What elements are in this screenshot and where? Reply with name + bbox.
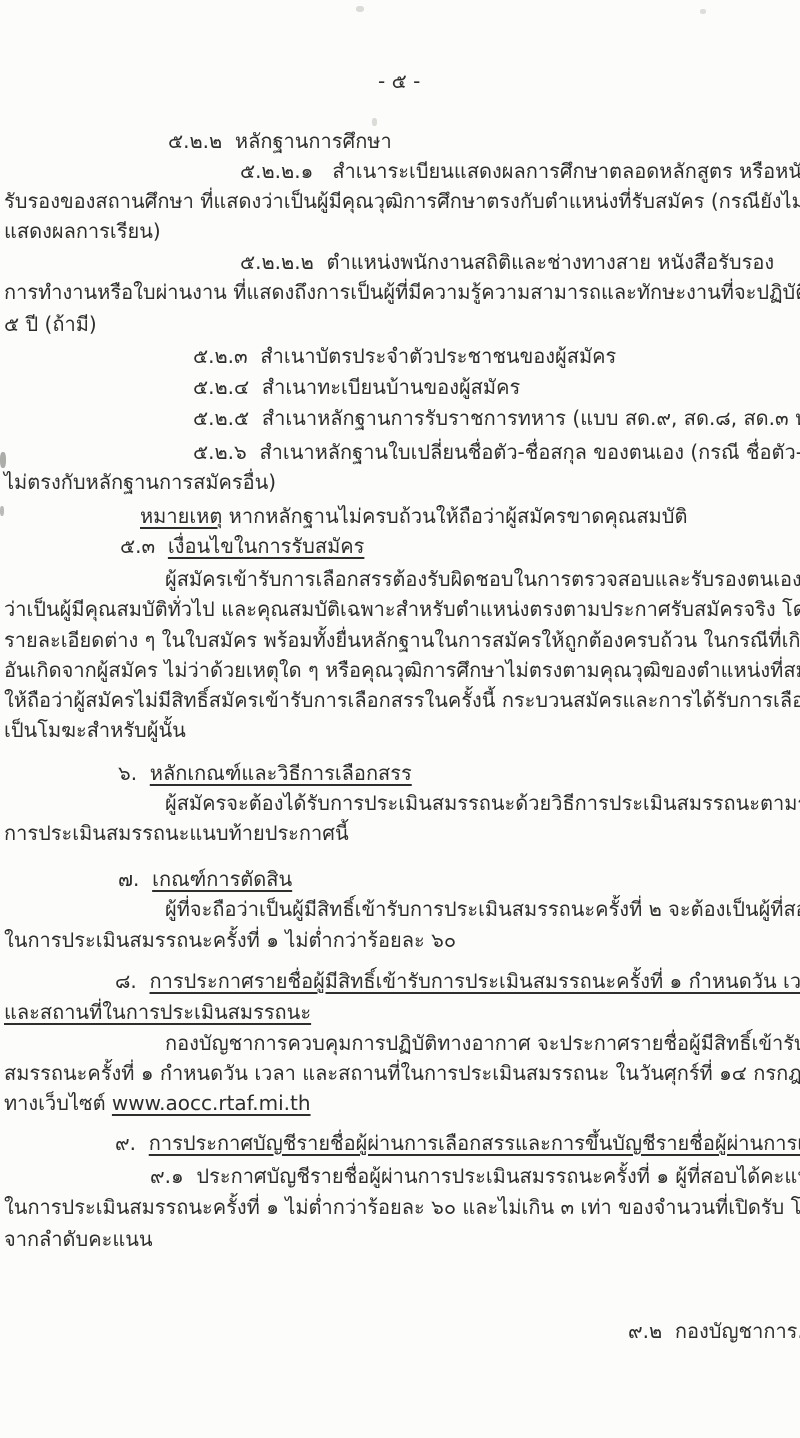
text-segment: อันเกิดจากผู้สมัคร ไม่ว่าด้วยเหตุใด ๆ หร… bbox=[4, 658, 800, 682]
text-line: รายละเอียดต่าง ๆ ในใบสมัคร พร้อมทั้งยื่น… bbox=[4, 627, 800, 653]
text-segment: ให้ถือว่าผู้สมัครไม่มีสิทธิ์สมัครเข้ารับ… bbox=[4, 688, 800, 712]
text-segment: จากลำดับคะแนน bbox=[4, 1227, 153, 1251]
text-segment: ๙.๑ ประกาศบัญชีรายชื่อผู้ผ่านการประเมินส… bbox=[150, 1164, 800, 1188]
heading-6: ๖. หลักเกณฑ์และวิธีการเลือกสรร bbox=[118, 760, 412, 786]
underlined-text: และสถานที่ในการประเมินสมรรถนะ bbox=[4, 1000, 311, 1024]
text-line: ๕ ปี (ถ้ามี) bbox=[4, 311, 97, 337]
text-segment: ๕.๒.๖ สำเนาหลักฐานใบเปลี่ยนชื่อตัว-ชื่อส… bbox=[193, 440, 800, 464]
text-segment: ๘. bbox=[115, 969, 150, 993]
text-segment: ๕.๒.๒.๒ ตำแหน่งพนักงานสถิติและช่างทางสาย… bbox=[240, 250, 774, 274]
text-line: อันเกิดจากผู้สมัคร ไม่ว่าด้วยเหตุใด ๆ หร… bbox=[4, 657, 800, 683]
text-line: ผู้ที่จะถือว่าเป็นผู้มีสิทธิ์เข้ารับการป… bbox=[165, 896, 800, 922]
scan-artifact bbox=[356, 6, 364, 12]
note-line: หมายเหตุ หากหลักฐานไม่ครบถ้วนให้ถือว่าผู… bbox=[140, 503, 687, 529]
text-segment: ๕.๒.๕ สำเนาหลักฐานการรับราชการทหาร (แบบ … bbox=[193, 406, 800, 430]
text-line: ว่าเป็นผู้มีคุณสมบัติทั่วไป และคุณสมบัติ… bbox=[4, 596, 800, 622]
text-segment: ๙. bbox=[115, 1131, 149, 1155]
text-segment: รายละเอียดต่าง ๆ ในใบสมัคร พร้อมทั้งยื่น… bbox=[4, 628, 800, 652]
text-segment: ๕.๓ bbox=[120, 534, 168, 558]
text-segment: เป็นโมฆะสำหรับผู้นั้น bbox=[4, 718, 186, 742]
text-line: ในการประเมินสมรรถนะครั้งที่ ๑ ไม่ต่ำกว่า… bbox=[4, 1194, 800, 1220]
text-line: ผู้สมัครจะต้องได้รับการประเมินสมรรถนะด้ว… bbox=[165, 790, 800, 816]
text-line: ๕.๒.๒.๑ สำเนาระเบียนแสดงผลการศึกษาตลอดหล… bbox=[240, 158, 800, 184]
text-segment: ผู้ที่จะถือว่าเป็นผู้มีสิทธิ์เข้ารับการป… bbox=[165, 897, 800, 921]
text-line: และสถานที่ในการประเมินสมรรถนะ bbox=[4, 999, 311, 1025]
underlined-text: เงื่อนไขในการรับสมัคร bbox=[168, 534, 364, 558]
underlined-text: การประกาศบัญชีรายชื่อผู้ผ่านการเลือกสรรแ… bbox=[149, 1131, 800, 1155]
underlined-text: หมายเหตุ bbox=[140, 504, 222, 528]
text-line: ๕.๒.๓ สำเนาบัตรประจำตัวประชาชนของผู้สมัค… bbox=[193, 343, 616, 369]
continuation-marker: ๙.๒ กองบัญชาการ... bbox=[628, 1318, 800, 1344]
text-segment: ๙.๒ กองบัญชาการ... bbox=[628, 1319, 800, 1343]
text-segment: ๕.๒.๒.๑ สำเนาระเบียนแสดงผลการศึกษาตลอดหล… bbox=[240, 159, 800, 183]
text-line: จากลำดับคะแนน bbox=[4, 1226, 153, 1252]
text-line: แสดงผลการเรียน) bbox=[4, 218, 161, 244]
document-page: - ๕ -๕.๒.๒ หลักฐานการศึกษา๕.๒.๒.๑ สำเนาร… bbox=[0, 0, 800, 1438]
heading-5-2-2: ๕.๒.๒ หลักฐานการศึกษา bbox=[168, 128, 392, 154]
text-line: ๕.๒.๖ สำเนาหลักฐานใบเปลี่ยนชื่อตัว-ชื่อส… bbox=[193, 439, 800, 465]
text-segment: ๗. bbox=[118, 867, 152, 891]
text-segment: กองบัญชาการควบคุมการปฏิบัติทางอากาศ จะปร… bbox=[165, 1031, 800, 1055]
text-segment: ๕.๒.๒ หลักฐานการศึกษา bbox=[168, 129, 392, 153]
text-segment: แสดงผลการเรียน) bbox=[4, 219, 161, 243]
website-url: www.aocc.rtaf.mi.th bbox=[112, 1091, 311, 1115]
text-line: ๕.๒.๔ สำเนาทะเบียนบ้านของผู้สมัคร bbox=[193, 374, 520, 400]
text-line: กองบัญชาการควบคุมการปฏิบัติทางอากาศ จะปร… bbox=[165, 1030, 800, 1056]
text-segment: สมรรถนะครั้งที่ ๑ กำหนดวัน เวลา และสถานท… bbox=[4, 1061, 800, 1085]
underlined-text: เกณฑ์การตัดสิน bbox=[152, 867, 292, 891]
text-line: ๕.๒.๒.๒ ตำแหน่งพนักงานสถิติและช่างทางสาย… bbox=[240, 249, 774, 275]
heading-8: ๘. การประกาศรายชื่อผู้มีสิทธิ์เข้ารับการ… bbox=[115, 968, 800, 994]
text-segment: ผู้สมัครจะต้องได้รับการประเมินสมรรถนะด้ว… bbox=[165, 791, 800, 815]
text-segment: รับรองของสถานศึกษา ที่แสดงว่าเป็นผู้มีคุ… bbox=[4, 189, 800, 213]
text-segment: ผู้สมัครเข้ารับการเลือกสรรต้องรับผิดชอบใ… bbox=[165, 567, 800, 591]
text-segment: ทางเว็บไซต์ bbox=[4, 1091, 112, 1115]
text-segment: - ๕ - bbox=[378, 69, 420, 93]
text-line: ผู้สมัครเข้ารับการเลือกสรรต้องรับผิดชอบใ… bbox=[165, 566, 800, 592]
text-line: การประเมินสมรรถนะแนบท้ายประกาศนี้ bbox=[4, 820, 349, 846]
text-segment: ว่าเป็นผู้มีคุณสมบัติทั่วไป และคุณสมบัติ… bbox=[4, 597, 800, 621]
scan-artifact bbox=[0, 506, 4, 516]
text-segment: ในการประเมินสมรรถนะครั้งที่ ๑ ไม่ต่ำกว่า… bbox=[4, 1195, 800, 1219]
text-line: การทำงานหรือใบผ่านงาน ที่แสดงถึงการเป็นผ… bbox=[4, 279, 800, 305]
text-segment: ๕.๒.๔ สำเนาทะเบียนบ้านของผู้สมัคร bbox=[193, 375, 520, 399]
text-segment: ๕.๒.๓ สำเนาบัตรประจำตัวประชาชนของผู้สมัค… bbox=[193, 344, 616, 368]
website-line: ทางเว็บไซต์ www.aocc.rtaf.mi.th bbox=[4, 1090, 311, 1116]
text-segment: ในการประเมินสมรรถนะครั้งที่ ๑ ไม่ต่ำกว่า… bbox=[4, 928, 456, 952]
text-line: เป็นโมฆะสำหรับผู้นั้น bbox=[4, 717, 186, 743]
text-segment: หากหลักฐานไม่ครบถ้วนให้ถือว่าผู้สมัครขาด… bbox=[222, 504, 687, 528]
scan-artifact bbox=[0, 452, 6, 468]
underlined-text: การประกาศรายชื่อผู้มีสิทธิ์เข้ารับการประ… bbox=[150, 969, 800, 993]
text-segment: ๖. bbox=[118, 761, 150, 785]
heading-9: ๙. การประกาศบัญชีรายชื่อผู้ผ่านการเลือกส… bbox=[115, 1130, 800, 1156]
text-segment: การประเมินสมรรถนะแนบท้ายประกาศนี้ bbox=[4, 821, 349, 845]
text-line: ๙.๑ ประกาศบัญชีรายชื่อผู้ผ่านการประเมินส… bbox=[150, 1163, 800, 1189]
text-line: ในการประเมินสมรรถนะครั้งที่ ๑ ไม่ต่ำกว่า… bbox=[4, 927, 456, 953]
text-segment: การทำงานหรือใบผ่านงาน ที่แสดงถึงการเป็นผ… bbox=[4, 280, 800, 304]
text-line: ไม่ตรงกับหลักฐานการสมัครอื่น) bbox=[4, 469, 276, 495]
page-number: - ๕ - bbox=[378, 68, 420, 94]
heading-5-3: ๕.๓ เงื่อนไขในการรับสมัคร bbox=[120, 533, 364, 559]
text-line: รับรองของสถานศึกษา ที่แสดงว่าเป็นผู้มีคุ… bbox=[4, 188, 800, 214]
text-segment: ไม่ตรงกับหลักฐานการสมัครอื่น) bbox=[4, 470, 276, 494]
scan-artifact bbox=[700, 9, 706, 14]
text-segment: ๕ ปี (ถ้ามี) bbox=[4, 312, 97, 336]
text-line: ๕.๒.๕ สำเนาหลักฐานการรับราชการทหาร (แบบ … bbox=[193, 405, 800, 431]
text-line: สมรรถนะครั้งที่ ๑ กำหนดวัน เวลา และสถานท… bbox=[4, 1060, 800, 1086]
heading-7: ๗. เกณฑ์การตัดสิน bbox=[118, 866, 292, 892]
scan-artifact bbox=[372, 118, 377, 126]
text-line: ให้ถือว่าผู้สมัครไม่มีสิทธิ์สมัครเข้ารับ… bbox=[4, 687, 800, 713]
underlined-text: หลักเกณฑ์และวิธีการเลือกสรร bbox=[150, 761, 412, 785]
